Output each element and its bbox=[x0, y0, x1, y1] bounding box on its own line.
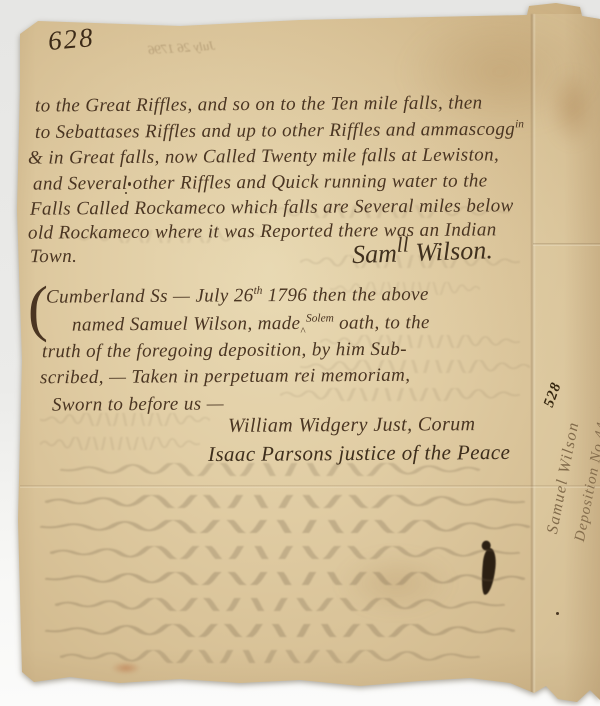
bleedthrough-text bbox=[280, 388, 520, 401]
signature-text: Sam bbox=[352, 239, 398, 270]
page-number: 628 bbox=[47, 22, 96, 57]
bleedthrough-text bbox=[40, 437, 200, 450]
superscript: ll bbox=[396, 232, 409, 256]
line-text: to the Great Riffles, and so on to the T… bbox=[35, 92, 483, 116]
signature-text: Wilson. bbox=[408, 235, 493, 267]
manuscript-paper: July 26 1796 628 to the Great Riffles, a… bbox=[0, 0, 600, 706]
manuscript-line: named Samuel Wilson, made^Solem oath, to… bbox=[72, 312, 430, 337]
line-text: 1796 then the above bbox=[262, 284, 428, 306]
bleedthrough-text bbox=[50, 546, 520, 559]
stain-reddish bbox=[112, 662, 140, 674]
line-text: Sworn to before us — bbox=[52, 393, 224, 415]
ink-speck bbox=[556, 612, 559, 615]
manuscript-line: and Several other Riffles and Quick runn… bbox=[33, 170, 488, 195]
manuscript-line: & in Great falls, now Called Twenty mile… bbox=[28, 144, 499, 169]
line-text: Falls Called Rockameco which falls are S… bbox=[30, 195, 514, 219]
bleedthrough-text bbox=[40, 520, 530, 533]
bleedthrough-text bbox=[55, 598, 505, 611]
manuscript-line: truth of the foregoing deposition, by hi… bbox=[42, 339, 407, 364]
line-text: Town. bbox=[30, 246, 77, 267]
line-text: Cumberland Ss — July 26 bbox=[46, 285, 254, 307]
signature-samuel-wilson: Samll Wilson. bbox=[351, 230, 493, 271]
manuscript-line: to the Great Riffles, and so on to the T… bbox=[35, 92, 483, 117]
scanned-manuscript-page: July 26 1796 628 to the Great Riffles, a… bbox=[0, 0, 600, 706]
bleedthrough-text bbox=[45, 624, 515, 637]
bleedthrough-date: July 26 1796 bbox=[148, 38, 216, 59]
line-text: named Samuel Wilson, made bbox=[72, 313, 301, 336]
manuscript-line: Sworn to before us — bbox=[52, 393, 224, 416]
line-text: to Sebattases Riffles and up to other Ri… bbox=[35, 119, 515, 143]
signature-isaac-parsons: Isaac Parsons justice of the Peace bbox=[208, 440, 510, 467]
paper-shadow: July 26 1796 628 to the Great Riffles, a… bbox=[0, 0, 600, 706]
superscript: in bbox=[515, 118, 524, 130]
insertion-caret: ^ bbox=[300, 326, 306, 338]
bleedthrough-text bbox=[45, 572, 525, 585]
line-text: & in Great falls, now Called Twenty mile… bbox=[28, 144, 499, 168]
line-text: oath, to the bbox=[334, 312, 430, 334]
signature-william-widgery: William Widgery Just, Corum bbox=[228, 413, 476, 438]
line-text: scribed, — Taken in perpetuam rei memori… bbox=[40, 365, 411, 389]
bleedthrough-text bbox=[60, 650, 480, 663]
horizontal-crease-lower bbox=[20, 485, 600, 488]
inserted-word: Solem bbox=[306, 312, 334, 324]
vertical-fold-crease bbox=[531, 14, 535, 696]
folded-edge-strip bbox=[533, 14, 600, 706]
manuscript-line: to Sebattases Riffles and up to other Ri… bbox=[35, 118, 524, 144]
horizontal-crease-right bbox=[533, 243, 600, 246]
manuscript-line: Town. bbox=[30, 246, 77, 268]
bleedthrough-text bbox=[45, 495, 525, 508]
manuscript-line: Cumberland Ss — July 26th 1796 then the … bbox=[46, 284, 429, 309]
manuscript-line: scribed, — Taken in perpetuam rei memori… bbox=[40, 365, 411, 390]
line-text: and Several other Riffles and Quick runn… bbox=[33, 170, 488, 194]
manuscript-line: Falls Called Rockameco which falls are S… bbox=[30, 195, 514, 220]
superscript: th bbox=[254, 285, 263, 297]
line-text: truth of the foregoing deposition, by hi… bbox=[42, 339, 407, 363]
